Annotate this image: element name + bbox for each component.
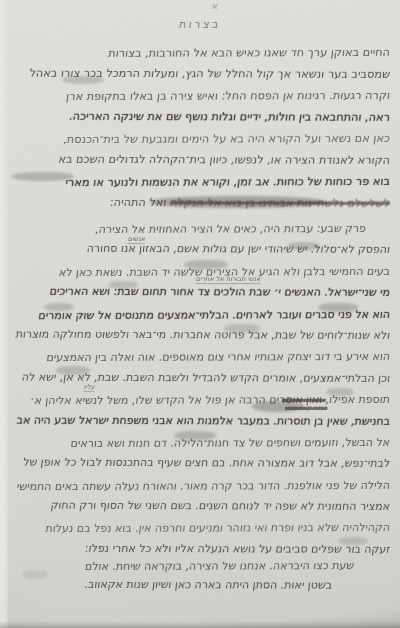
paragraph-3: שעת כצו היבראה. אנחנו של הצירה, בוקראה ש… (8, 556, 390, 596)
handwritten-line: וקרה רגעות. רגינות אן הפסח החל: ואיש ציר… (7, 85, 392, 108)
handwritten-line: בחנישת, שאין בן תוסרות. במעבר אלמנות הוא… (7, 409, 392, 432)
paragraph-1: החיים באוקן ערך חד שאנו כאיש הבא אל החור… (8, 42, 390, 214)
handwritten-line: לשלשלם גלשתיינות אבותינו בן בוא אל הנקלה… (7, 191, 392, 214)
handwritten-line: ראה, והתחבאה בין חולות, ידיים וגלות נושף… (7, 105, 392, 128)
interlinear-correction: עליו (83, 384, 95, 392)
handwritten-line: הקהילהיה שלא בניו ופרח ואי נזוהר ומניעים… (7, 517, 392, 540)
manuscript-page: א בצרות החיים באוקן ערך חד שאנו כאיש הבא… (0, 0, 400, 628)
interlinear-correction: אם כן מסתכלים (282, 397, 327, 404)
handwritten-line: החיים באוקן ערך חד שאנו כאיש הבא אל החור… (7, 42, 392, 65)
page-title: בצרות (0, 18, 400, 31)
handwritten-line: ולא שנות־לוחים של שבת, אבל פרוטה אחברות.… (7, 324, 392, 347)
handwritten-line: וכן הבלתי־אמצעים, אומרים הקדש להבדיל ולש… (7, 366, 392, 389)
struck-text: לשלשלם גלשתיינות אבותינו בן בוא אל הנקלה (169, 196, 391, 210)
handwritten-line: שמסביב בער ונשאר אך קול החלל של הגץ, ומע… (7, 62, 392, 85)
handwritten-line: בשטן יאות. הסתן היתה בארה כאן ושיון שנות… (7, 575, 391, 596)
handwritten-line: בוא פר כוחות של כוחות. אב זמן, וקורא את … (7, 171, 392, 194)
handwritten-line: מי שני־ישראל. האנשים י׳ שבת הולכים צד אח… (7, 281, 392, 304)
scan-bottom-edge (0, 621, 400, 628)
page-number-mark: א (211, 2, 219, 13)
interlinear-correction: בגדר קצב שבע (285, 405, 328, 412)
handwritten-line: הוא אירע בי דוב יצחק אבותיו אחרי צום מאו… (7, 346, 392, 369)
handwritten-line: הקורא לאנודת הצירה או, לנפשו, כיוון בית־… (7, 148, 392, 171)
handwritten-line: לבתי־נפש, אבל דוב אמצורה אחת. בם חצים שע… (7, 452, 392, 475)
handwritten-line: תוספת אפילו, ואין אוסרים הרבה אן פול אל … (7, 389, 392, 412)
handwritten-line: אמציר החמונית לא שפה יד לנוחם השנים. בשם… (7, 495, 392, 518)
handwritten-line: כאן אם נשאר ועל הקורא היה בא על הימים ומ… (7, 128, 392, 151)
interlinear-correction: אנשים (127, 236, 145, 244)
paragraph-2: פרק שבע: עבדות היה, כאים אל הציר האחוזית… (8, 218, 390, 560)
interlinear-correction: אנשי חבורות אל אחרים (195, 276, 261, 284)
handwritten-line: והפסק לא־סלול. יש שיהודי ישן עם גולות אש… (7, 238, 392, 261)
